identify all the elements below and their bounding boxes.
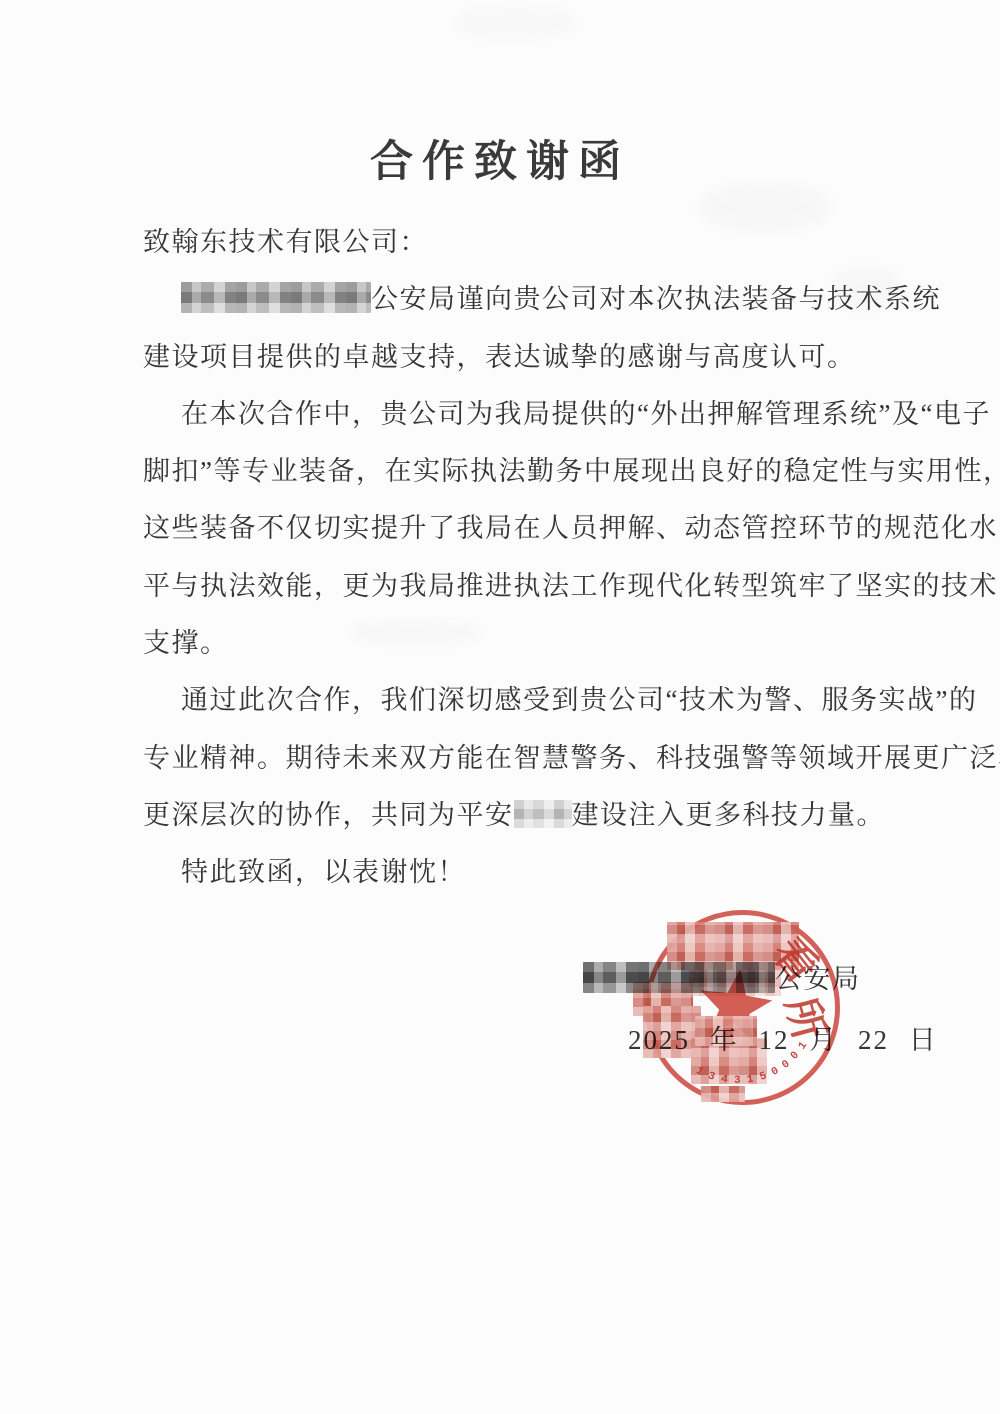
redacted-city-name	[514, 800, 572, 828]
signature-text: 公安局	[775, 964, 861, 994]
paragraph-text: 在本次合作中，贵公司为我局提供的“外出押解管理系统”及“电子	[181, 399, 991, 429]
paragraph1-line2: 建设项目提供的卓越支持，表达诚挚的感谢与高度认可。	[143, 329, 873, 386]
paragraph3-line3: 更深层次的协作，共同为平安建设注入更多科技力量。	[143, 787, 873, 844]
seal-redacted-text	[701, 1086, 745, 1102]
signature-line: 公安局	[583, 957, 861, 996]
paragraph2-line1: 在本次合作中，贵公司为我局提供的“外出押解管理系统”及“电子	[143, 386, 873, 443]
paragraph-text: 通过此次合作，我们深切感受到贵公司“技术为警、服务实战”的	[181, 685, 977, 715]
paragraph-text: 平与执法效能，更为我局推进执法工作现代化转型筑牢了坚实的技术	[143, 571, 998, 601]
paragraph-text: 支撑。	[143, 628, 229, 658]
paragraph-text: 更深层次的协作，共同为平安	[143, 800, 514, 830]
official-red-seal: 看 所 1343150001	[645, 910, 840, 1105]
paragraph-text: 建设项目提供的卓越支持，表达诚挚的感谢与高度认可。	[143, 342, 856, 372]
paragraph3-line1: 通过此次合作，我们深切感受到贵公司“技术为警、服务实战”的	[143, 672, 873, 729]
scanned-letter-page: 合作致谢函 致翰东技术有限公司： 公安局谨向贵公司对本次执法装备与技术系统 建设…	[0, 0, 1000, 1414]
seal-serial-number: 1343150001	[645, 910, 840, 1105]
paragraph-text: 特此致函，以表谢忱！	[181, 857, 466, 887]
paragraph2-line3: 这些装备不仅切实提升了我局在人员押解、动态管控环节的规范化水	[143, 500, 873, 557]
paragraph2-line5: 支撑。	[143, 615, 873, 672]
redacted-signature-agency	[583, 962, 775, 993]
date-line: 2025 年 12 月 22 日	[628, 1018, 938, 1057]
paragraph-text: 公安局谨向贵公司对本次执法装备与技术系统	[371, 284, 941, 314]
paragraph-text: 这些装备不仅切实提升了我局在人员押解、动态管控环节的规范化水	[143, 513, 998, 543]
paragraph-text: 建设注入更多科技力量。	[572, 800, 886, 830]
greeting-text: 致翰东技术有限公司：	[143, 227, 428, 257]
paragraph2-line2: 脚扣”等专业装备，在实际执法勤务中展现出良好的稳定性与实用性，	[143, 443, 873, 500]
scan-artifact	[455, 8, 575, 38]
paragraph-text: 脚扣”等专业装备，在实际执法勤务中展现出良好的稳定性与实用性，	[143, 456, 1000, 486]
paragraph4-line1: 特此致函，以表谢忱！	[143, 844, 873, 901]
paragraph1-line1: 公安局谨向贵公司对本次执法装备与技术系统	[143, 271, 873, 328]
seal-ring	[645, 910, 840, 1105]
letter-body: 致翰东技术有限公司： 公安局谨向贵公司对本次执法装备与技术系统 建设项目提供的卓…	[143, 214, 873, 902]
paragraph2-line4: 平与执法效能，更为我局推进执法工作现代化转型筑牢了坚实的技术	[143, 558, 873, 615]
paragraph-text: 专业精神。期待未来双方能在智慧警务、科技强警等领域开展更广泛、	[143, 743, 1000, 773]
redacted-agency-name	[181, 282, 371, 313]
paragraph3-line2: 专业精神。期待未来双方能在智慧警务、科技强警等领域开展更广泛、	[143, 730, 873, 787]
greeting-line: 致翰东技术有限公司：	[143, 214, 873, 271]
letter-title: 合作致谢函	[0, 128, 1000, 189]
